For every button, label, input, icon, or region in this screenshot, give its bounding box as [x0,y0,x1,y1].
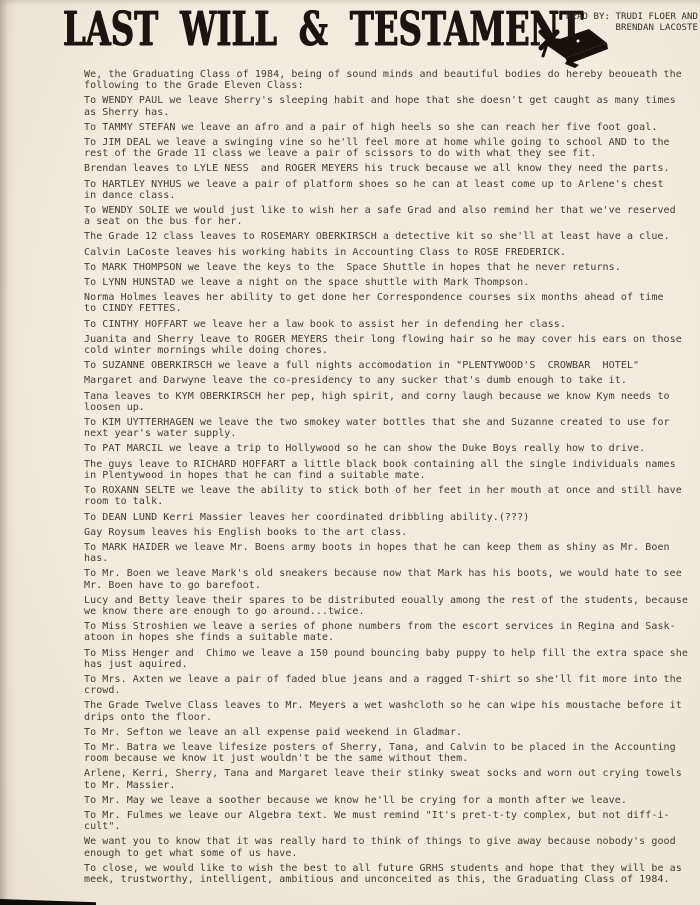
graduation-cap-icon [531,24,609,70]
will-paragraph: Juanita and Sherry leave to ROGER MEYERS… [84,334,700,356]
will-paragraph: To Mrs. Axten we leave a pair of faded b… [84,674,700,696]
will-paragraph: Margaret and Darwyne leave the co-presid… [84,375,700,386]
will-paragraph: To MARK HAIDER we leave Mr. Boens army b… [84,542,700,564]
will-paragraph: The Grade 12 class leaves to ROSEMARY OB… [84,231,700,242]
will-paragraph: To MARK THOMPSON we leave the keys to th… [84,262,700,273]
will-paragraph: Arlene, Kerri, Sherry, Tana and Margaret… [84,768,700,790]
will-paragraph: To Miss Stroshien we leave a series of p… [84,621,700,643]
will-paragraph: Calvin LaCoste leaves his working habits… [84,247,700,258]
will-paragraph: To KIM UYTTERHAGEN we leave the two smok… [84,417,700,439]
will-paragraph: To ROXANN SELTE we leave the ability to … [84,485,700,507]
will-paragraph: To DEAN LUND Kerri Massier leaves her co… [84,512,700,523]
will-paragraph: To TAMMY STEFAN we leave an afro and a p… [84,122,700,133]
will-paragraph: To JIM DEAL we leave a swinging vine so … [84,137,700,159]
will-paragraph: To Mr. Batra we leave lifesize posters o… [84,742,700,764]
will-paragraph: Norma Holmes leaves her ability to get d… [84,292,700,314]
will-paragraph: To Mr. Fulmes we leave our Algebra text.… [84,810,700,832]
will-paragraph: To SUZANNE OBERKIRSCH we leave a full ni… [84,360,700,371]
will-paragraph: To Mr. Boen we leave Mark's old sneakers… [84,568,700,590]
will-paragraph: Gay Roysum leaves his English books to t… [84,527,700,538]
will-paragraph: The guys leave to RICHARD HOFFART a litt… [84,459,700,481]
will-paragraph: We, the Graduating Class of 1984, being … [84,69,700,91]
scan-edge-left [0,0,18,905]
will-paragraph: To PAT MARCIL we leave a trip to Hollywo… [84,443,700,454]
will-paragraph: The Grade Twelve Class leaves to Mr. Mey… [84,700,700,722]
will-paragraph: To CINTHY HOFFART we leave her a law boo… [84,319,700,330]
will-paragraph: To Mr. May we leave a soother because we… [84,795,700,806]
will-paragraph: Lucy and Betty leave their spares to be … [84,595,700,617]
will-paragraph: To close, we would like to wish the best… [84,863,700,885]
will-paragraph: To LYNN HUNSTAD we leave a night on the … [84,277,700,288]
scanned-yearbook-page: LAST WILL & TESTAMENT READ BY: TRUDI FLO… [0,0,700,905]
page-title: LAST WILL & TESTAMENT [63,6,583,53]
will-paragraph: To Mr. Sefton we leave an all expense pa… [84,727,700,738]
will-paragraph: To WENDY SOLIE we would just like to wis… [84,205,700,227]
will-paragraph: To Miss Henger and Chimo we leave a 150 … [84,648,700,670]
will-paragraph: Brendan leaves to LYLE NESS and ROGER ME… [84,163,700,174]
scan-corner-bottom-left [0,899,96,905]
will-paragraph: To HARTLEY NYHUS we leave a pair of plat… [84,179,700,201]
will-text: We, the Graduating Class of 1984, being … [84,69,700,889]
will-paragraph: To WENDY PAUL we leave Sherry's sleeping… [84,95,700,117]
will-paragraph: We want you to know that it was really h… [84,836,700,858]
will-paragraph: Tana leaves to KYM OBERKIRSCH her pep, h… [84,391,700,413]
